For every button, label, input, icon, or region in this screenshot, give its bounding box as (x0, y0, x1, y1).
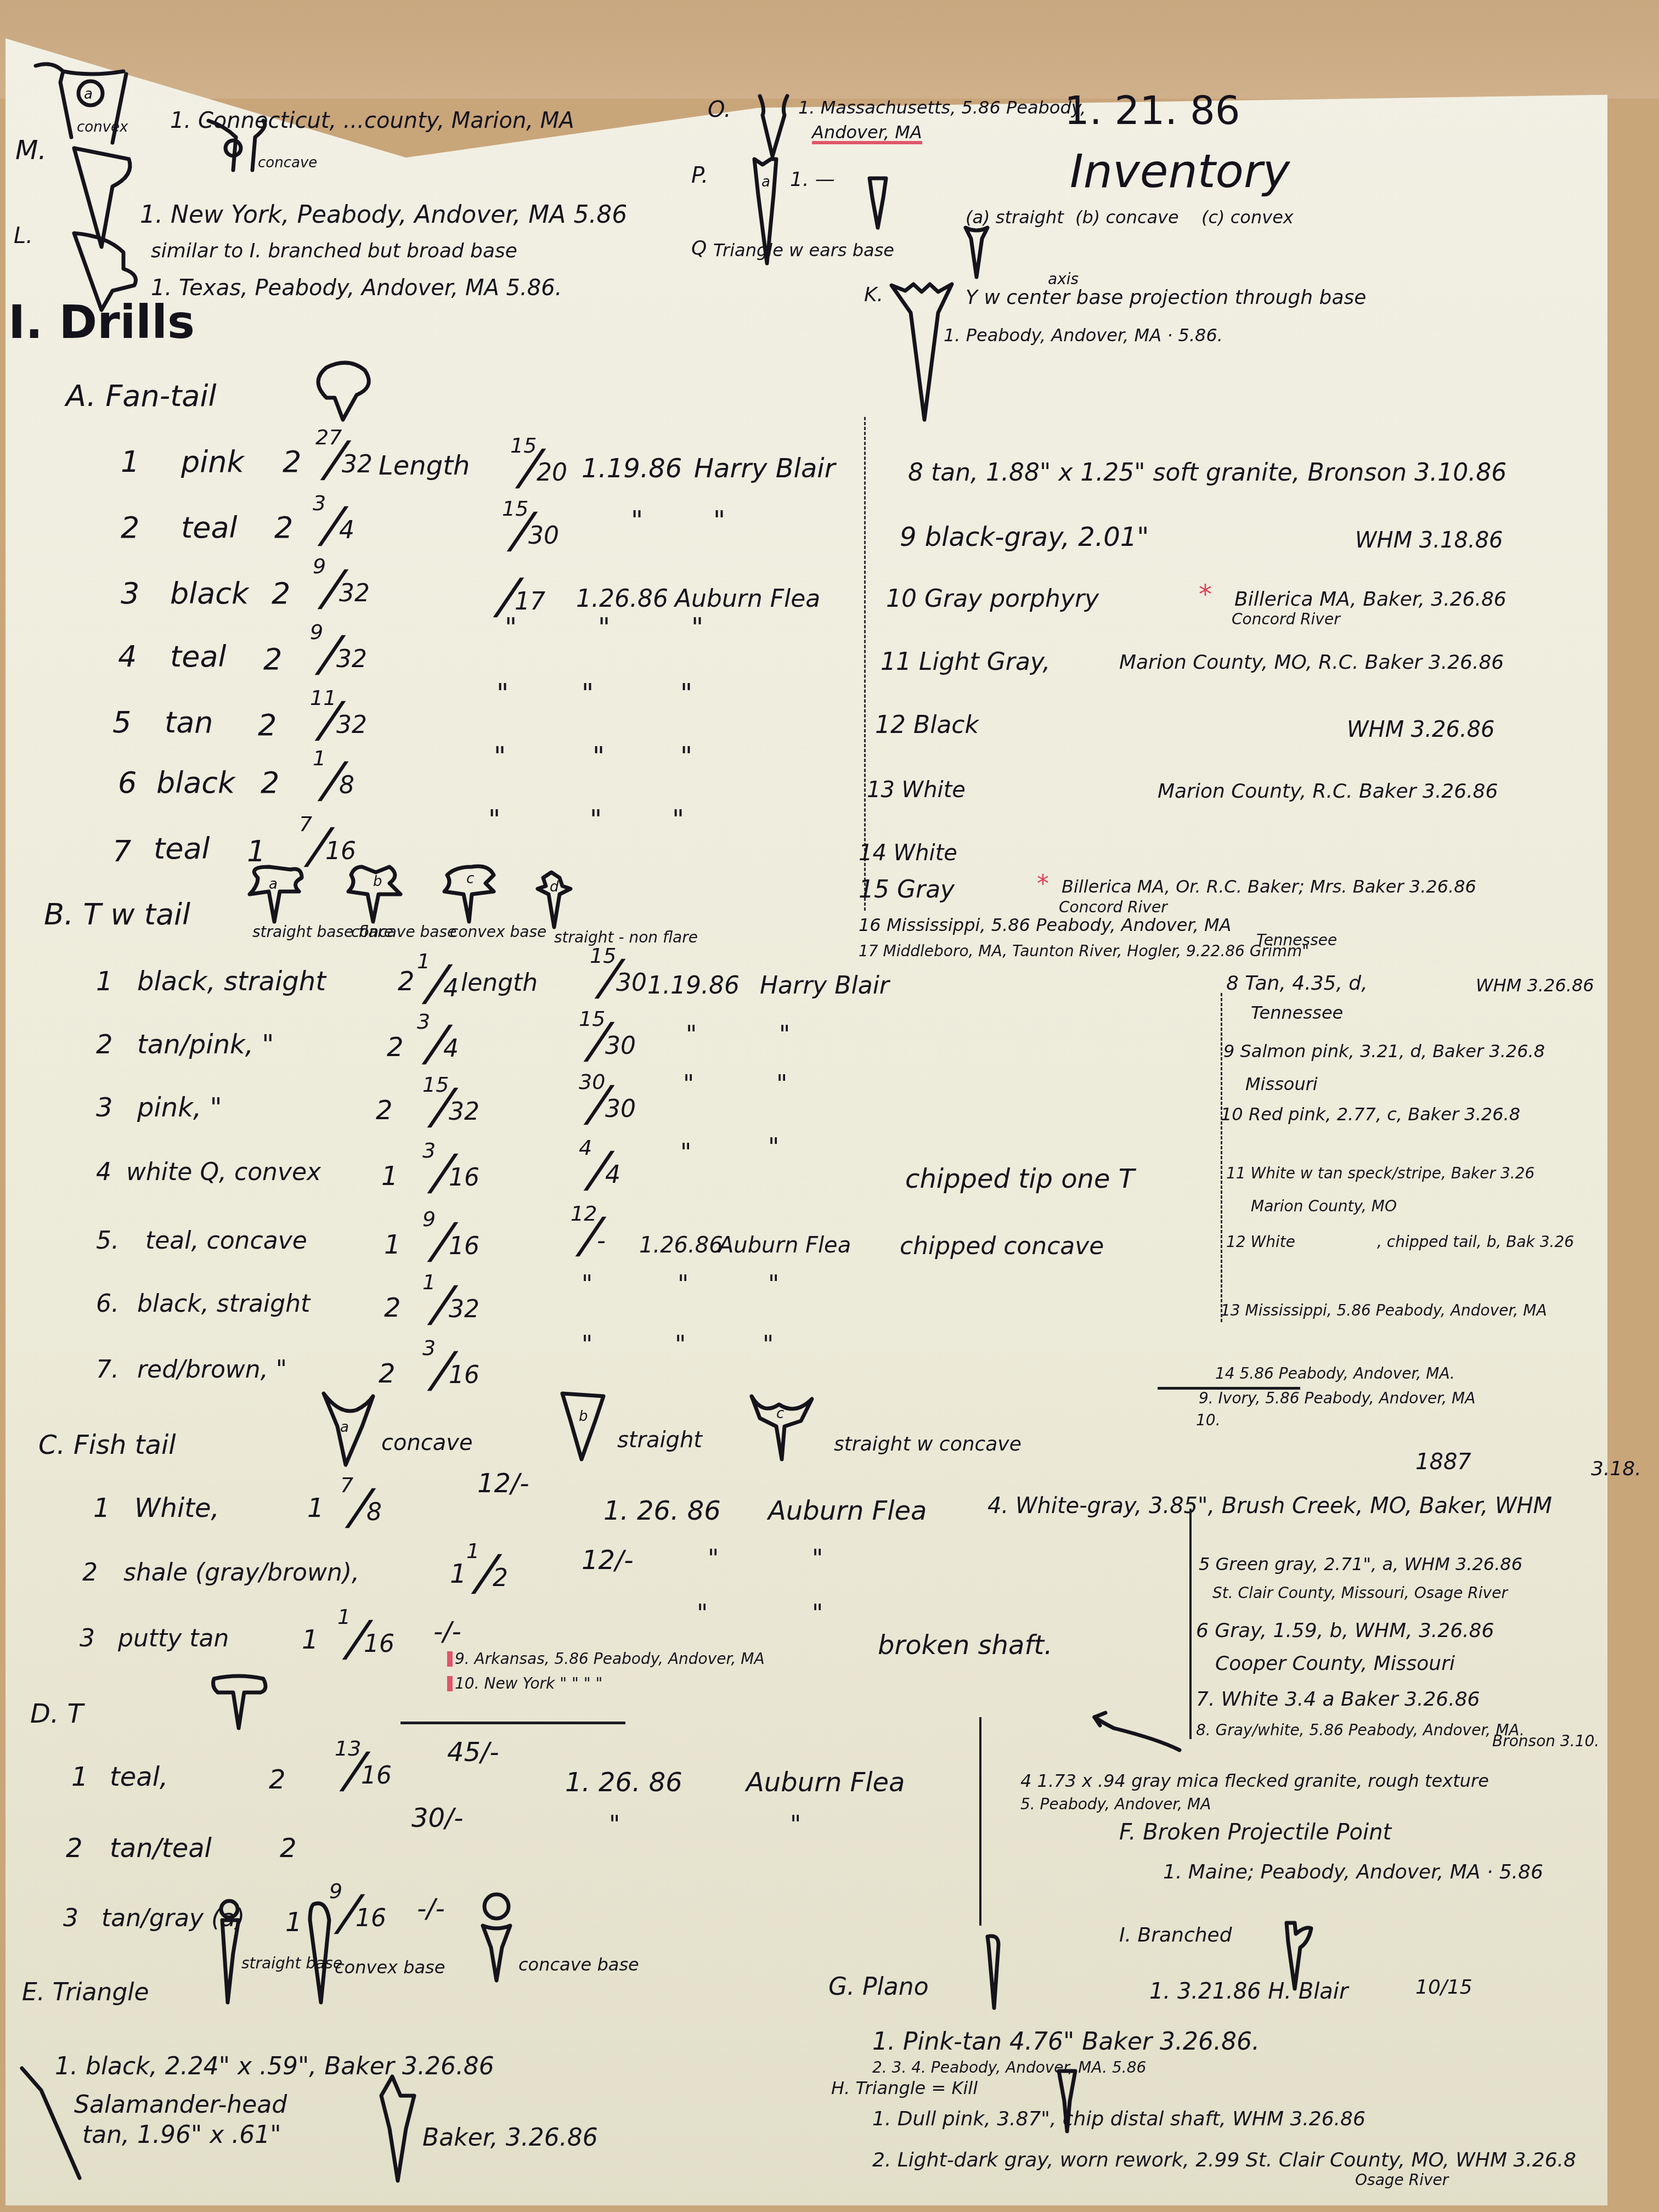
base-legend-c: (c) convex (1201, 208, 1294, 226)
d-row-num: 3 (63, 1906, 78, 1931)
b-row-source: " (768, 1136, 779, 1160)
d-row-price: 30/- (411, 1805, 464, 1831)
section-c-heading: C. Fish tail (38, 1432, 176, 1458)
m-entry-line1: 1. New York, Peabody, Andover, MA 5.86 (140, 203, 627, 227)
b-right-item: 10 Red pink, 2.77, c, Baker 3.26.8 (1221, 1105, 1520, 1123)
a-row-color: tan (165, 708, 213, 737)
point-sketch-n-icon: aconvex (30, 60, 140, 148)
c-right-above: 1887 (1415, 1451, 1471, 1473)
b-row-date: " (680, 1141, 691, 1165)
c-right-item-source: Bronson 3.10. (1492, 1734, 1599, 1749)
b-row-source: Harry Blair (760, 974, 889, 998)
a-row-ditto: " (680, 680, 692, 707)
c-row-source: " (812, 1547, 823, 1571)
svg-text:concave: concave (258, 155, 317, 171)
c-row-price: 12/- (477, 1470, 529, 1497)
c-right-item: 4. White-gray, 3.85", Brush Creek, MO, B… (988, 1495, 1552, 1517)
a-row-ditto: " (494, 743, 506, 770)
a-row-ditto: " (488, 806, 500, 833)
triangle-sketches-icon (219, 1898, 527, 2008)
a-row-num: 1 (121, 447, 139, 477)
a-row-ditto: " (680, 743, 692, 770)
a-right-item: 16 Mississippi, 5.86 Peabody, Andover, M… (859, 916, 1231, 934)
b-right-item: 13 Mississippi, 5.86 Peabody, Andover, M… (1221, 1303, 1547, 1318)
inventory-title: Inventory (1070, 148, 1290, 194)
b-row-desc: pink, " (137, 1094, 222, 1121)
c-extra-item: 10. New York " " " " (447, 1676, 602, 1691)
c-right-item: 5 Green gray, 2.71", a, WHM 3.26.86 (1199, 1555, 1522, 1573)
a-right-item: 13 White (867, 779, 966, 801)
point-sketch-k-icon (889, 280, 960, 422)
b-row-ditto: " (582, 1333, 592, 1357)
e-sketch-label-c: concave base (518, 1956, 639, 1973)
b-row-date: " (686, 1023, 697, 1047)
b-row-desc: tan/pink, " (137, 1031, 274, 1058)
a-right-item-source: Marion County, MO, R.C. Baker 3.26.86 (1119, 653, 1504, 673)
c-sketch-label-c: straight w concave (834, 1435, 1022, 1454)
a-row-ditto: " (590, 806, 602, 833)
b-right-item: 14 5.86 Peabody, Andover, MA. (1215, 1366, 1455, 1381)
g-row: 2. 3. 4. Peabody, Andover, MA. 5.86 (872, 2060, 1146, 2075)
c-right-item-sub: Cooper County, Missouri (1215, 1654, 1455, 1674)
c-right-item: 6 Gray, 1.59, b, WHM, 3.26.86 (1196, 1621, 1494, 1641)
e-row: Salamander-head (74, 2093, 287, 2117)
c-row-frac: 1/2 (466, 1539, 527, 1605)
a-row-ditto: " (582, 680, 594, 707)
point-sketch-q-icon (963, 225, 990, 280)
bracket-line (979, 1717, 981, 1926)
k-axis-note: axis (1048, 272, 1079, 287)
o-entry-line1: 1. Massachusetts, 5.86 Peabody, (798, 99, 1086, 116)
c-right-above-right: 3.18. (1591, 1459, 1641, 1479)
section-branched-heading: I. Branched (1119, 1926, 1232, 1945)
red-star-icon: * (1199, 582, 1212, 608)
a-row-num: 6 (118, 768, 137, 798)
b-row-date: " (678, 1273, 689, 1297)
b-row-whole: 1 (384, 1232, 401, 1258)
b-row-note: chipped concave (900, 1234, 1104, 1259)
branched-row: 1. 3.21.86 H. Blair (1149, 1980, 1348, 2002)
bracket-line (1189, 1509, 1192, 1739)
f-row: 1. Maine; Peabody, Andover, MA · 5.86 (1163, 1863, 1543, 1882)
k-entry-line1: 1. Peabody, Andover, MA · 5.86. (944, 326, 1223, 344)
a-row-date: " (631, 507, 643, 534)
a-right-item: 14 White (859, 842, 957, 864)
c-row-frac: 1/16 (337, 1605, 398, 1671)
d-row-whole: 2 (269, 1767, 286, 1793)
b-row-whole: 2 (398, 968, 415, 995)
a-row-color: black (170, 579, 249, 608)
b-right-item: 9. Ivory, 5.86 Peabody, Andover, MA (1199, 1391, 1475, 1406)
b-row-num: 2 (96, 1031, 113, 1058)
c-row-desc: White, (134, 1495, 219, 1521)
svg-text:b: b (579, 1408, 588, 1425)
c-row-price: -/- (433, 1618, 461, 1645)
c-row-desc: putty tan (118, 1627, 229, 1651)
k-entry-label: K. (864, 285, 883, 305)
c-row-price: 12/- (582, 1547, 634, 1573)
b-row-price: 4/4 (579, 1136, 645, 1201)
b-right-item: 9 Salmon pink, 3.21, d, Baker 3.26.8 (1223, 1042, 1545, 1060)
svg-text:a: a (340, 1419, 349, 1436)
c-row-whole: 1 (302, 1627, 319, 1653)
a-row-ditto: " (691, 614, 703, 641)
d-right-item: 4 1.73 x .94 gray mica flecked granite, … (1020, 1772, 1489, 1790)
c-row-num: 2 (82, 1561, 98, 1585)
section-e-heading: E. Triangle (22, 1980, 149, 2005)
q-entry-label: Q (691, 239, 707, 258)
a-row-price: 15/30 (502, 496, 568, 562)
red-star-icon: * (1037, 872, 1049, 896)
a-row-color: pink (181, 447, 244, 477)
b-row-date: 1.26.86 (639, 1234, 723, 1256)
b-right-item: 12 White (1226, 1234, 1295, 1250)
l-entry-desc: similar to I. branched but broad base (151, 241, 517, 261)
e-sketch-label-a: straight base (241, 1956, 342, 1971)
a-right-item: 8 tan, 1.88" x 1.25" soft granite, Brons… (908, 461, 1506, 485)
d-row-num: 2 (66, 1835, 83, 1861)
b-row-whole: 2 (387, 1034, 404, 1060)
e-row: tan, 1.96" x .61" (82, 2123, 281, 2147)
b-row-date: " (675, 1333, 686, 1357)
b-right-item-sub: Missouri (1245, 1075, 1318, 1093)
b-row-num: 6. (96, 1292, 119, 1316)
c-row-date: " (708, 1547, 719, 1571)
l-entry-line1: 1. Texas, Peabody, Andover, MA 5.86. (151, 277, 562, 299)
b-row-desc: black, straight (137, 1292, 310, 1316)
b-row-num: 7. (96, 1358, 119, 1382)
c-sketch-label-b: straight (617, 1429, 702, 1451)
a-row-whole: 2 (261, 768, 279, 798)
a-row-unit: Length (379, 453, 470, 479)
b-row-whole: 1 (381, 1163, 398, 1189)
b-row-date: " (683, 1073, 694, 1097)
b-right-item: 11 White w tan speck/stripe, Baker 3.26 (1226, 1166, 1534, 1181)
a-row-num: 5 (112, 708, 131, 737)
c-extra-item: 9. Arkansas, 5.86 Peabody, Andover, MA (447, 1651, 765, 1667)
b-row-note: chipped tip one T (905, 1166, 1135, 1192)
svg-text:c: c (776, 1406, 784, 1422)
b-row-price: 15/30 (590, 944, 656, 1009)
a-row-frac: 11/32 (310, 686, 376, 752)
b-right-item: 10. (1196, 1413, 1221, 1428)
a-row-num: 4 (118, 642, 137, 672)
h-row: 1. Dull pink, 3.87", chip distal shaft, … (872, 2109, 1365, 2129)
c-row-whole: 1 (307, 1495, 324, 1521)
d-row-frac: 13/16 (335, 1736, 395, 1802)
b-row-source: " (763, 1333, 774, 1357)
b-row-whole: 2 (376, 1097, 393, 1124)
point-sketch-n-concave-icon: concave (203, 115, 335, 176)
d-right-item: 5. Peabody, Andover, MA (1020, 1797, 1211, 1812)
b-row-num: 5. (96, 1229, 119, 1253)
a-row-price: /17 (488, 562, 554, 628)
b-row-num: 3 (96, 1094, 113, 1121)
c-row-desc: shale (gray/brown), (123, 1561, 359, 1585)
d-row-date: " (609, 1813, 620, 1837)
b-row-frac: 3/16 (422, 1138, 488, 1204)
b-row-source: Auburn Flea (719, 1234, 851, 1256)
a-row-whole: 2 (263, 645, 282, 674)
branched-row-price: 10/15 (1415, 1978, 1472, 1997)
c-right-item: 8. Gray/white, 5.86 Peabody, Andover, MA… (1196, 1723, 1525, 1738)
a-row-frac: 9/32 (313, 554, 379, 620)
b-row-price: 30/30 (579, 1070, 645, 1136)
svg-text:c: c (466, 871, 474, 887)
b-right-item: 8 Tan, 4.35, d, (1226, 974, 1368, 994)
o-entry-line2: Andover, MA (812, 123, 922, 144)
d-row-source: Auburn Flea (746, 1769, 905, 1796)
a-row-frac: 27/32 (315, 425, 381, 491)
b-right-item-sub: Marion County, MO (1251, 1199, 1397, 1214)
svg-text:a: a (761, 174, 770, 190)
b-row-frac: 3/4 (417, 1009, 477, 1075)
c-right-item: 7. White 3.4 a Baker 3.26.86 (1196, 1690, 1480, 1709)
svg-text:a: a (84, 86, 93, 103)
d-row-price: 45/- (447, 1739, 499, 1765)
c-row-source: " (812, 1602, 823, 1626)
a-row-source: " (713, 507, 725, 534)
b-row-whole: 2 (379, 1361, 396, 1387)
l-entry-label: L. (14, 225, 33, 247)
b-row-source: " (768, 1273, 779, 1297)
p-entry-line1: 1. — (790, 170, 835, 190)
g-row: 1. Pink-tan 4.76" Baker 3.26.86. (872, 2030, 1260, 2054)
b-row-num: 1 (96, 968, 113, 995)
document-date: 1. 21. 86 (1064, 91, 1240, 130)
a-row-frac: 1/8 (313, 746, 379, 812)
column-divider (864, 417, 867, 911)
section-a-heading: A. Fan-tail (66, 381, 216, 411)
e-row: 1. black, 2.24" x .59", Baker 3.26.86 (55, 2055, 494, 2079)
a-row-ditto: " (592, 743, 605, 770)
b-right-item-source: , chipped tail, b, Bak 3.26 (1377, 1234, 1574, 1250)
base-legend-a: (a) straight (966, 208, 1064, 226)
b-row-num: 4 (96, 1160, 111, 1184)
a-row-ditto: " (598, 614, 610, 641)
a-right-item-sub: Concord River (1059, 900, 1167, 915)
section-g-heading: G. Plano (828, 1975, 929, 1999)
section-b-heading: B. T w tail (44, 900, 190, 929)
arrow-icon (1092, 1712, 1201, 1756)
svg-text:b: b (373, 873, 382, 890)
svg-text:convex: convex (77, 119, 128, 136)
b-row-price: 12/- (571, 1201, 636, 1267)
c-row-num: 1 (93, 1495, 110, 1521)
desk-background (0, 0, 1659, 99)
a-row-color: teal (170, 642, 227, 672)
b-row-source: " (776, 1073, 787, 1097)
point-sketch-o-icon (757, 93, 790, 159)
c-row-whole: 1 (450, 1561, 467, 1587)
c-row-frac: 7/8 (340, 1473, 400, 1539)
b-row-unit: length (461, 971, 538, 995)
a-row-color: teal (181, 513, 238, 543)
a-right-item-source: WHM 3.26.86 (1347, 719, 1495, 741)
d-row-source: " (790, 1813, 801, 1837)
a-row-color: teal (154, 834, 210, 864)
a-right-item: 11 Light Gray, (881, 650, 1051, 674)
p-entry-label: P. (691, 165, 708, 187)
b-sketch-label-d: straight - non flare (554, 930, 698, 945)
triangle-point-sketch-icon (376, 2074, 425, 2183)
b-row-date: 1.19.86 (647, 974, 740, 998)
a-row-whole: 2 (283, 447, 301, 477)
fan-tail-sketch-icon (310, 359, 376, 425)
a-row-price: 15/20 (510, 433, 576, 499)
a-right-item-source: WHM 3.18.86 (1355, 529, 1503, 551)
a-row-whole: 2 (258, 710, 276, 740)
a-row-color: black (156, 768, 235, 798)
section-d-heading: D. T (30, 1701, 83, 1727)
a-right-item: 15 Gray (859, 878, 955, 902)
d-row-whole: 2 (280, 1835, 297, 1861)
m-entry-label: M. (15, 137, 47, 163)
e-row: Baker, 3.26.86 (422, 2126, 598, 2150)
o-entry-label: O. (708, 99, 731, 121)
b-sketch-label-b: concave base (351, 924, 456, 940)
c-sketch-label-a: concave (381, 1432, 473, 1454)
a-row-ditto: " (672, 806, 684, 833)
a-right-item: 10 Gray porphyry (886, 587, 1099, 611)
svg-text:d: d (550, 879, 559, 895)
h-row-sub: Osage River (1355, 2172, 1448, 2188)
a-row-frac: 3/4 (313, 491, 379, 557)
divider-line (400, 1722, 625, 1724)
c-right-item-sub: St. Clair County, Missouri, Osage River (1212, 1585, 1508, 1601)
a-right-item-sub: Concord River (1232, 612, 1340, 627)
b-row-desc: white Q, convex (126, 1160, 321, 1184)
b-row-frac: 1/32 (422, 1270, 488, 1336)
b-row-frac: 9/16 (422, 1207, 488, 1273)
a-row-whole: 2 (274, 513, 293, 543)
plano-sketch-icon (982, 1934, 1004, 2011)
section-heading-drills: I. Drills (8, 299, 195, 345)
a-row-frac: 9/32 (310, 620, 376, 686)
b-row-desc: teal, concave (145, 1229, 307, 1253)
b-right-item-source: WHM 3.26.86 (1476, 977, 1594, 994)
a-row-date: 1.26.86 (576, 587, 668, 611)
b-row-source: " (779, 1023, 790, 1047)
b-row-frac: 15/32 (422, 1073, 488, 1138)
b-right-item-sub: Tennessee (1251, 1004, 1343, 1022)
h-row: 2. Light-dark gray, worn rework, 2.99 St… (872, 2151, 1576, 2170)
a-right-item-source: Marion County, R.C. Baker 3.26.86 (1158, 782, 1498, 802)
a-row-source: Auburn Flea (675, 587, 820, 611)
svg-text:a: a (269, 876, 278, 893)
a-row-num: 3 (121, 579, 139, 608)
b-row-whole: 2 (384, 1295, 401, 1321)
t-drill-sketch-icon (211, 1673, 272, 1734)
a-right-item: 9 black-gray, 2.01" (900, 524, 1149, 550)
a-right-item-source: Billerica MA, Baker, 3.26.86 (1234, 590, 1506, 610)
e-sketch-label-b: convex base (335, 1959, 445, 1976)
base-legend-b: (b) concave (1075, 208, 1179, 226)
a-row-source: Harry Blair (694, 455, 835, 482)
fish-tail-sketches-icon: a b c (318, 1388, 856, 1470)
c-row-note: broken shaft. (878, 1632, 1052, 1658)
a-right-item-source: Billerica MA, Or. R.C. Baker; Mrs. Baker… (1062, 878, 1476, 895)
section-f-heading: F. Broken Projectile Point (1119, 1821, 1391, 1843)
d-row-date: 1. 26. 86 (565, 1769, 682, 1796)
d-row-desc: tan/teal (110, 1835, 212, 1861)
b-row-ditto: " (582, 1273, 592, 1297)
q-entry-desc: Triangle w ears base (713, 241, 894, 259)
b-row-desc: red/brown, " (137, 1358, 287, 1382)
a-row-num: 2 (121, 513, 139, 543)
k-entry-desc: Y w center base projection through base (966, 288, 1366, 308)
a-right-item: 17 Middleboro, MA, Taunton River, Hogler… (859, 944, 1309, 959)
d-row-desc: teal, (110, 1764, 168, 1790)
a-row-num: 7 (112, 837, 131, 866)
point-sketch-p2-icon (867, 176, 889, 230)
b-row-price: 15/30 (579, 1007, 645, 1073)
a-row-ditto: " (496, 680, 509, 707)
a-row-ditto: " (505, 614, 517, 641)
d-row-num: 1 (71, 1764, 88, 1790)
c-row-num: 3 (80, 1627, 95, 1651)
a-row-date: 1.19.86 (582, 455, 682, 482)
a-row-whole: 2 (272, 579, 290, 608)
section-h-heading: H. Triangle = Kill (831, 2079, 978, 2097)
c-row-date: 1. 26. 86 (603, 1498, 721, 1524)
a-right-item: 12 Black (875, 713, 979, 737)
b-row-desc: black, straight (137, 968, 326, 995)
c-row-source: Auburn Flea (768, 1498, 927, 1524)
c-row-date: " (697, 1602, 708, 1626)
b-sketch-label-c: convex base (450, 924, 546, 940)
